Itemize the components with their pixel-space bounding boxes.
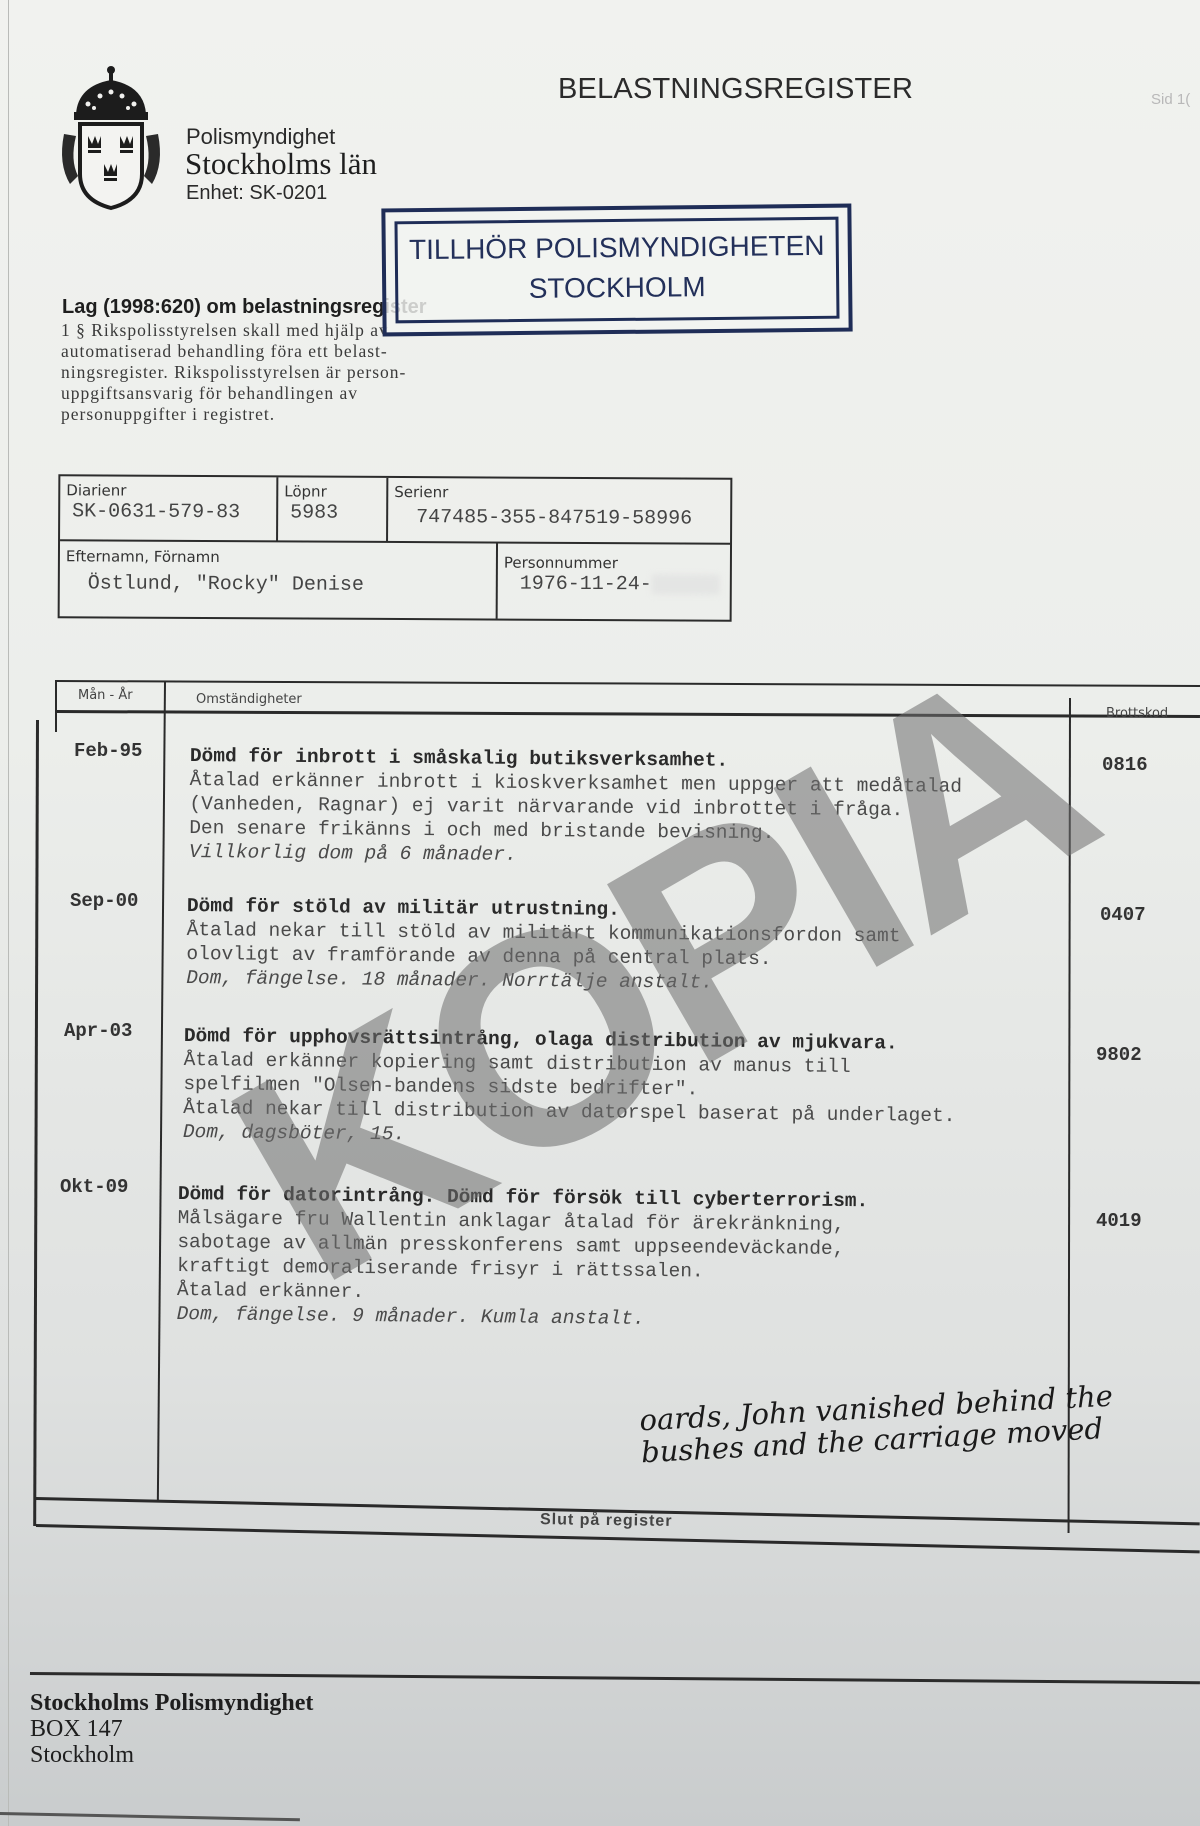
footer-box: BOX 147 <box>30 1716 123 1743</box>
lopnr-field: Löpnr 5983 <box>278 477 386 542</box>
serienr-field: Serienr 747485-355-847519-58996 <box>388 478 730 544</box>
record-entry: Dömd för datorintrång. Dömd för försök t… <box>176 1182 868 1333</box>
record-date: Apr-03 <box>64 1020 132 1042</box>
record-verdict: Dom, fängelse. 18 månader. Norrtälje ans… <box>186 966 900 996</box>
personnummer-field: Personnummer 1976-11-24- <box>498 545 730 620</box>
record-entry: Dömd för upphovsrättsintrång, olaga dist… <box>183 1024 957 1152</box>
unit-label: Enhet: SK-0201 <box>186 182 327 205</box>
handwritten-note: oards, John vanished behind the bushes a… <box>639 1380 1116 1469</box>
stamp-line-2: STOCKHOLM <box>386 270 848 307</box>
identity-table: Diarienr SK-0631-579-83 Löpnr 5983 Serie… <box>58 474 733 622</box>
diarienr-label: Diarienr <box>66 481 126 499</box>
record-entry: Dömd för inbrott i småskalig butiksverks… <box>189 744 962 871</box>
col-header-circumstances: Omständigheter <box>196 692 302 707</box>
serienr-value: 747485-355-847519-58996 <box>416 506 692 530</box>
col-header-date: Mån - År <box>78 688 133 703</box>
end-of-register-label: Slut på register <box>540 1511 673 1531</box>
record-date: Sep-00 <box>70 890 138 912</box>
footer-city: Stockholm <box>30 1742 134 1769</box>
table-left-border <box>33 720 39 1526</box>
law-line: personuppgifter i registret. <box>61 404 481 425</box>
serienr-label: Serienr <box>394 483 448 501</box>
stamp-line-1: TILLHÖR POLISMYNDIGHETEN <box>386 230 848 267</box>
record-date: Feb-95 <box>74 740 142 762</box>
header-divider <box>56 710 1200 718</box>
personnummer-label: Personnummer <box>504 554 618 573</box>
record-code: 4019 <box>1096 1210 1142 1232</box>
law-line: ningsregister. Rikspolisstyrelsen är per… <box>61 362 481 383</box>
org-line-2: Stockholms län <box>185 146 377 182</box>
page-edge <box>8 0 9 1826</box>
col-header-code: Brottskod <box>1106 706 1168 721</box>
table-left-border-top <box>55 680 57 732</box>
table-top-border <box>56 680 1200 687</box>
record-code: 9802 <box>1096 1044 1142 1066</box>
record-entry: Dömd för stöld av militär utrustning. Åt… <box>186 894 901 996</box>
date-column-divider <box>157 682 166 1502</box>
diarienr-field: Diarienr SK-0631-579-83 <box>60 476 276 541</box>
law-line: uppgiftsansvarig för behandlingen av <box>61 383 481 404</box>
name-value: Östlund, "Rocky" Denise <box>88 572 364 596</box>
document-title: BELASTNINGSREGISTER <box>558 73 913 106</box>
footer-divider <box>30 1672 1200 1684</box>
name-field: Efternamn, Förnamn Östlund, "Rocky" Deni… <box>60 542 496 618</box>
page-number: Sid 1( <box>1151 91 1190 108</box>
footer-org: Stockholms Polismyndighet <box>30 1690 313 1717</box>
law-line: automatiserad behandling föra ett belast… <box>61 341 481 362</box>
redacted-digits <box>652 574 720 594</box>
personnummer-text: 1976-11-24- <box>520 573 652 597</box>
record-code: 0816 <box>1102 754 1148 776</box>
record-code: 0407 <box>1100 904 1146 926</box>
lopnr-value: 5983 <box>290 501 338 524</box>
bottom-edge-line <box>0 1812 300 1821</box>
law-title: Lag (1998:620) om belastningsregister <box>62 296 427 319</box>
police-crest-icon <box>58 64 164 212</box>
lopnr-label: Löpnr <box>284 482 327 500</box>
personnummer-value: 1976-11-24- <box>520 573 720 597</box>
name-label: Efternamn, Förnamn <box>66 547 220 566</box>
record-date: Okt-09 <box>60 1176 128 1198</box>
ownership-stamp: TILLHÖR POLISMYNDIGHETEN STOCKHOLM <box>381 204 852 337</box>
diarienr-value: SK-0631-579-83 <box>72 500 240 524</box>
